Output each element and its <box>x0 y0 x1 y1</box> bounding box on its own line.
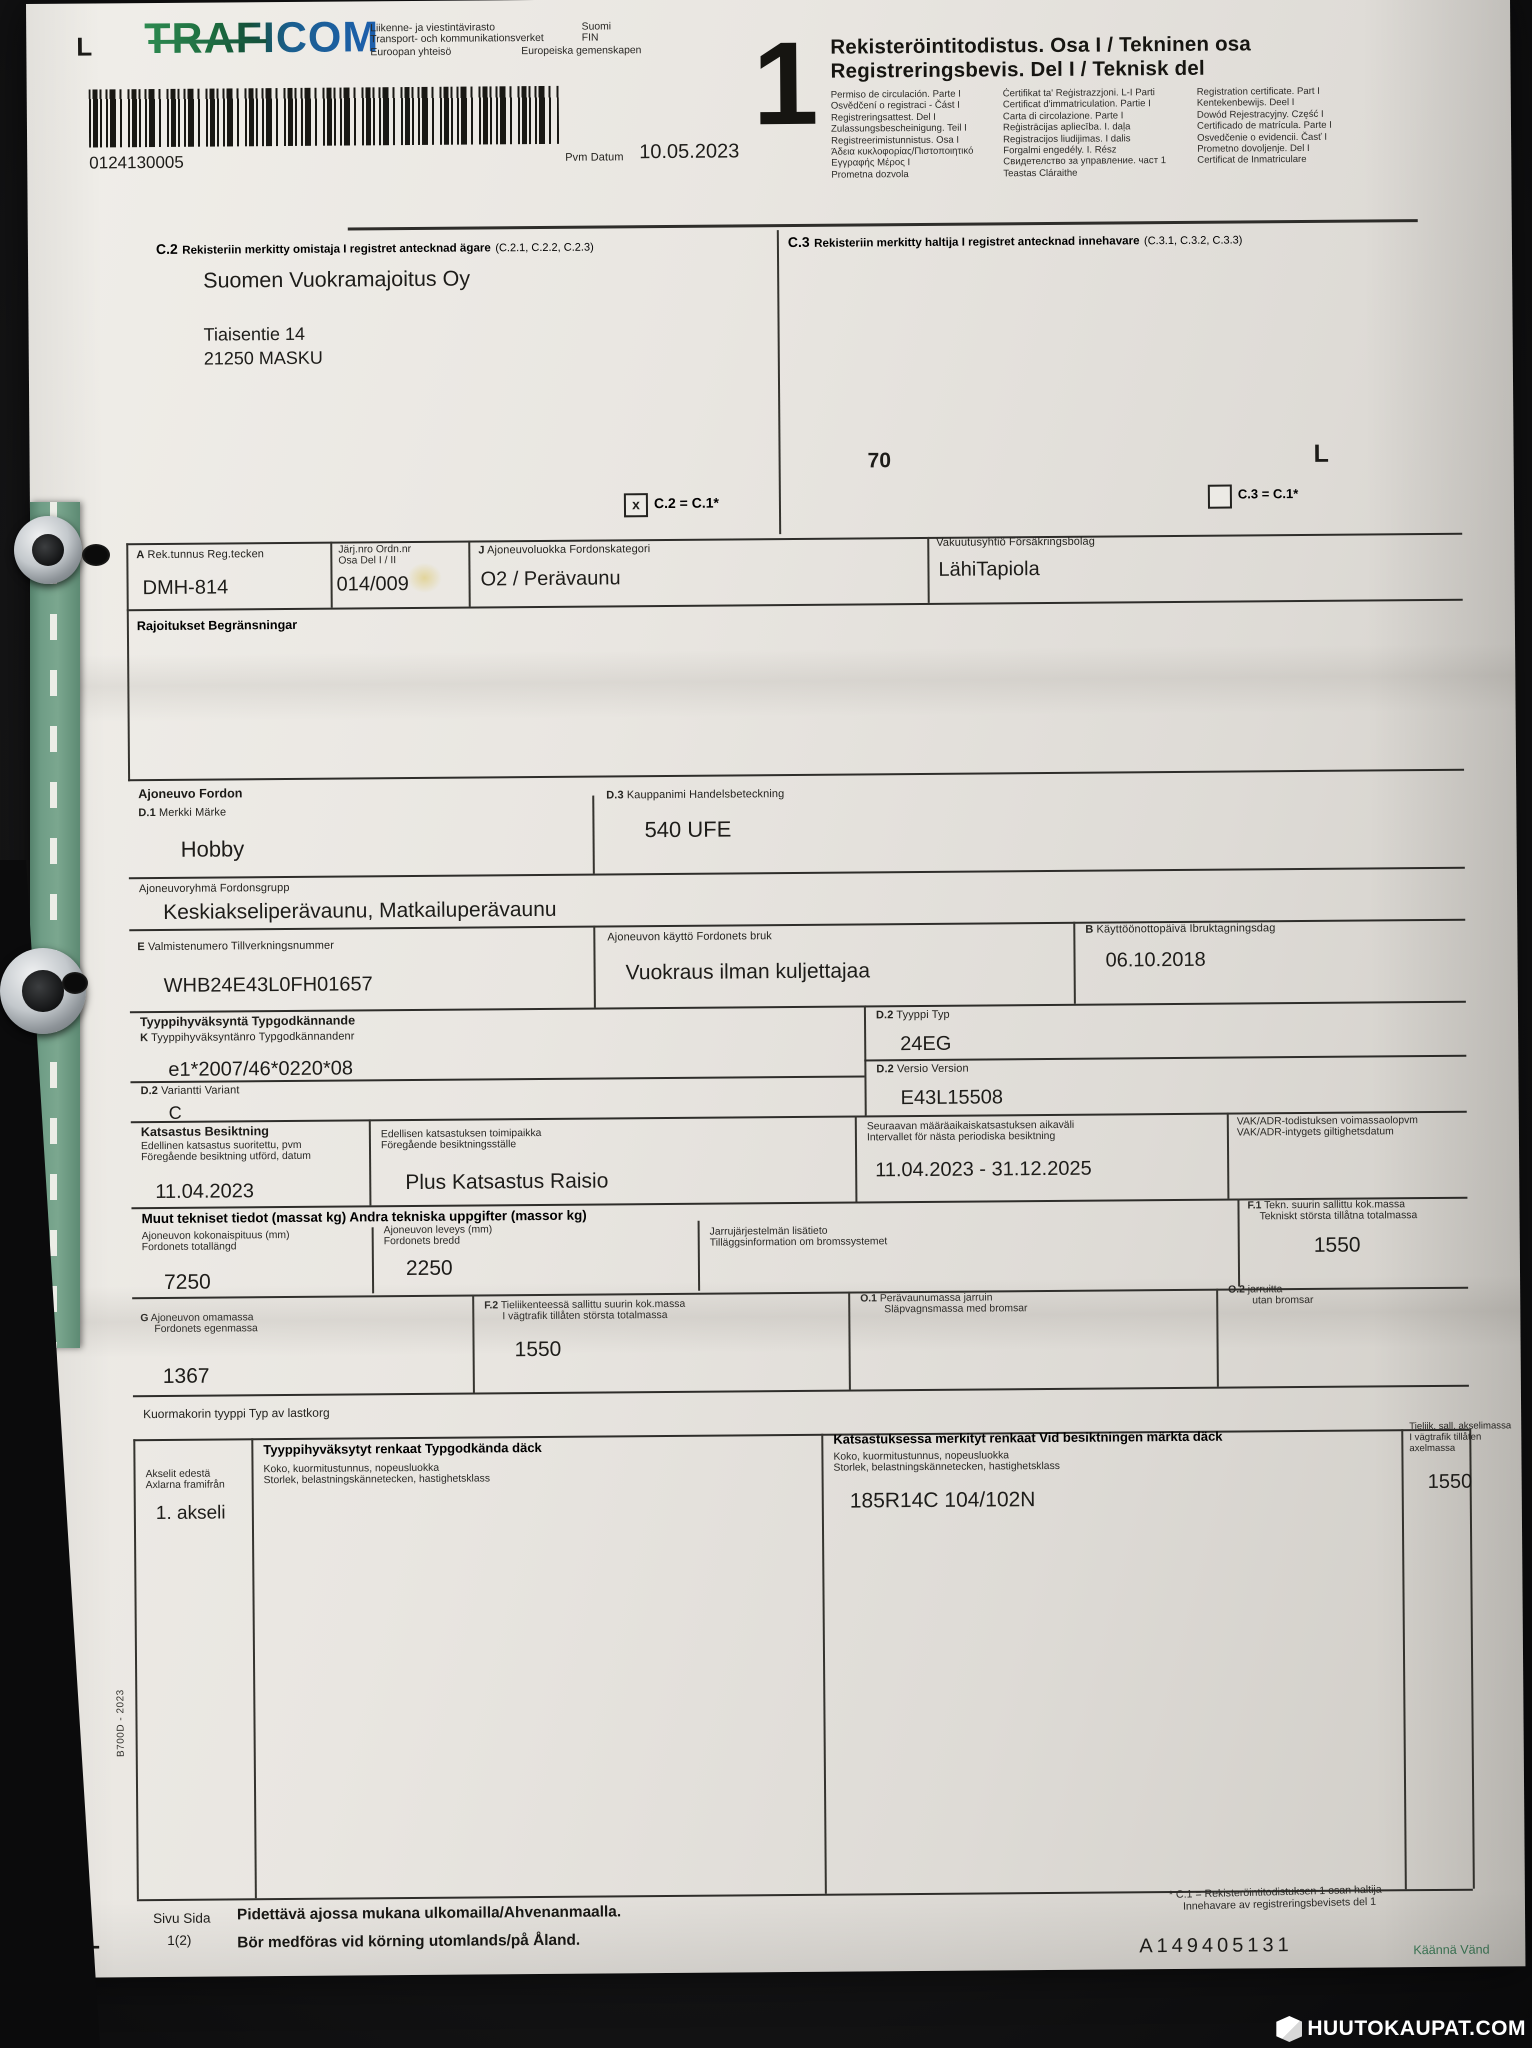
type-label-text: Tyyppi Typ <box>896 1009 949 1021</box>
curb-mass-label2: Fordonets egenmassa <box>154 1323 257 1335</box>
form-code: B700D - 2023 <box>115 1689 127 1757</box>
vehicle-group-value: Keskiakseliperävaunu, Matkailuperävaunu <box>163 898 557 925</box>
col-divider <box>468 541 471 607</box>
col-divider <box>1216 1289 1219 1387</box>
languages-column-1: Permiso de circulación. Parte IOsvědčení… <box>831 88 1018 181</box>
paper-stain <box>400 557 448 599</box>
huutokaupat-cube-icon <box>1276 2016 1302 2042</box>
type-code: D.2 <box>876 1009 894 1021</box>
inspected-tyres-value: 185R14C 104/102N <box>850 1488 1036 1513</box>
punch-hole-top <box>82 544 110 566</box>
languages-column-3: Registration certificate. Part IKenteken… <box>1197 85 1398 166</box>
serial-number: A149405131 <box>1139 1934 1293 1958</box>
variant-label: D.2 Variantti Variant <box>140 1084 239 1097</box>
c3-equals-checkbox <box>1208 485 1232 509</box>
reg-number-value: DMH-814 <box>143 576 229 600</box>
date-value: 10.05.2023 <box>639 140 739 164</box>
first-reg-label: B Käyttöönottopäivä Ibruktagningsdag <box>1085 922 1275 935</box>
reg-code: A <box>136 549 144 561</box>
huutokaupat-watermark: HUUTOKAUPAT.COM <box>1276 2016 1526 2042</box>
col-divider <box>1073 922 1076 1004</box>
col-divider <box>369 1119 372 1205</box>
vin-code: E <box>137 941 145 953</box>
model-code: D.3 <box>606 789 624 801</box>
type-approval-number-label: K Tyyppihyväksyntänro Typgodkännandenr <box>140 1030 354 1044</box>
eu-sv: Europeiska gemenskapen <box>521 45 641 57</box>
order-number-label1: Järj.nro Ordn.nr <box>338 544 411 556</box>
axle-mass-label1: Tieliik. sall. akselimassa <box>1409 1420 1511 1432</box>
curb-code: G <box>140 1313 148 1324</box>
o1-label1: Perävaunumassa jarruin <box>880 1292 993 1304</box>
type-approval-label-text: Tyyppihyväksyntänro Typgodkännandenr <box>151 1030 354 1044</box>
agency-block: Liikenne- ja viestintävirasto Transport-… <box>370 21 641 58</box>
tyre-table-right <box>1469 1429 1475 1889</box>
col-divider <box>592 796 595 874</box>
sub-border <box>864 1055 1466 1062</box>
last-inspection-value: 11.04.2023 <box>155 1180 254 1204</box>
col-divider <box>821 1434 827 1894</box>
row-border <box>133 1385 1469 1397</box>
version-label: D.2 Versio Version <box>876 1063 968 1076</box>
title-line-fi: Rekisteröintitodistus. Osa I / Tekninen … <box>830 32 1251 59</box>
col-divider <box>855 1116 858 1202</box>
country-fi: Suomi <box>582 21 612 32</box>
make-code: D.1 <box>138 807 156 819</box>
o2-label1: jarruitta <box>1248 1284 1283 1295</box>
part-number: 1 <box>752 36 814 133</box>
page-label: Sivu Sida <box>153 1911 211 1926</box>
inspected-tyres-title: Katsastuksessa merkityt renkaat Vid besi… <box>833 1429 1222 1447</box>
c2-header: C.2 Rekisteriin merkitty omistaja I regi… <box>156 238 594 259</box>
inspection-place-label2: Föregående besiktningsställe <box>381 1139 516 1151</box>
owner-street: Tiaisentie 14 <box>204 324 306 346</box>
punch-hole-bottom <box>62 972 88 994</box>
barcode-number: 0124130005 <box>89 153 184 174</box>
approved-tyres-sub2: Storlek, belastningskännetecken, hastigh… <box>264 1473 491 1486</box>
vehicle-class-value: O2 / Perävaunu <box>480 567 620 591</box>
col-divider <box>1237 1199 1240 1287</box>
width-label2: Fordonets bredd <box>384 1236 460 1248</box>
length-label2: Fordonets totallängd <box>142 1241 237 1253</box>
type-approval-number-value: e1*2007/46*0220*08 <box>168 1057 353 1081</box>
vin-label-text: Valmistenumero Tillverkningsnummer <box>148 940 334 953</box>
country-code: FIN <box>582 32 612 43</box>
o1-code: O.1 <box>860 1293 877 1304</box>
tyre-table-left <box>133 1439 139 1899</box>
adr-label2: VAK/ADR-intygets giltighetsdatum <box>1237 1126 1394 1138</box>
last-inspection-label2: Föregående besiktning utförd, datum <box>141 1151 311 1163</box>
col-divider <box>698 1221 701 1291</box>
c3-code: C.3 <box>788 234 810 250</box>
table-bottom-border <box>127 599 1463 611</box>
masses-section-label: Muut tekniset tiedot (massat kg) Andra t… <box>141 1208 586 1226</box>
variant-label-text: Variantti Variant <box>161 1084 239 1097</box>
first-reg-label-text: Käyttöönottopäivä Ibruktagningsdag <box>1096 922 1275 935</box>
c2-equals-label: C.2 = C.1* <box>654 495 719 512</box>
date-label: Pvm Datum <box>565 151 623 163</box>
vehicle-use-value: Vuokraus ilman kuljettajaa <box>626 959 871 985</box>
col-divider <box>593 926 596 1008</box>
f1-value: 1550 <box>1314 1234 1361 1258</box>
c2-equals-checkbox: x <box>624 493 648 517</box>
order-number-label2: Osa Del I / II <box>338 555 396 566</box>
reg-number-label: A Rek.tunnus Reg.tecken <box>136 548 264 561</box>
f1-label-line2: Tekniskt största tillåtna totalmassa <box>1260 1210 1418 1222</box>
col-divider <box>927 537 930 603</box>
make-value: Hobby <box>181 836 245 862</box>
agency-name-sv: Transport- och kommunikationsverket <box>370 33 544 45</box>
row-border <box>129 867 1465 879</box>
model-label: D.3 Kauppanimi Handelsbeteckning <box>606 788 784 801</box>
width-value: 2250 <box>406 1257 453 1281</box>
c3-text: Rekisteriin merkitty haltija I registret… <box>814 234 1139 250</box>
f2-label-line2: I vägtrafik tillåten största totalmassa <box>502 1310 667 1322</box>
brake-label2: Tilläggsinformation om bromssystemet <box>710 1236 888 1248</box>
corner-mark-top: L <box>76 31 92 62</box>
axle-label1: Akselit edestä <box>146 1469 211 1481</box>
keep-abroad-sv: Bör medföras vid körning utomlands/på Ål… <box>237 1932 580 1953</box>
col-divider <box>848 1292 851 1390</box>
row-border <box>130 1001 1466 1013</box>
vehicle-use-label: Ajoneuvon käyttö Fordonets bruk <box>607 930 772 943</box>
vehicle-section-label: Ajoneuvo Fordon <box>138 786 242 801</box>
approved-tyres-title: Tyyppihyväksytyt renkaat Typgodkända däc… <box>263 1440 542 1457</box>
vehicle-class-label: J Ajoneuvoluokka Fordonskategori <box>478 543 650 556</box>
order-number-value: 014/009 <box>336 573 408 597</box>
curb-mass-value: 1367 <box>163 1365 210 1389</box>
o2-label-line2: utan bromsar <box>1252 1295 1313 1306</box>
axle-label2: Axlarna framifrån <box>146 1479 225 1491</box>
owner-city: 21250 MASKU <box>204 348 323 370</box>
c3-equals-label: C.3 = C.1* <box>1238 486 1298 501</box>
vehicle-group-label: Ajoneuvoryhmä Fordonsgrupp <box>139 882 290 895</box>
axle-mass-label3: axelmassa <box>1409 1443 1455 1454</box>
section-border <box>128 769 1464 781</box>
table-left-border <box>126 543 130 781</box>
owner-holder-divider <box>777 230 781 534</box>
barcode <box>89 86 559 148</box>
type-approval-code: K <box>140 1032 148 1044</box>
make-label: D.1 Merkki Märke <box>138 806 226 819</box>
variant-code: D.2 <box>140 1085 158 1097</box>
header-divider <box>348 219 1418 230</box>
turn-over-label: Käännä Vänd <box>1413 1943 1489 1958</box>
version-label-text: Versio Version <box>897 1063 969 1076</box>
type-label: D.2 Tyyppi Typ <box>876 1009 950 1022</box>
code-70: 70 <box>868 449 892 473</box>
eu-fi: Euroopan yhteisö <box>370 47 451 59</box>
owner-name: Suomen Vuokramajoitus Oy <box>203 267 470 294</box>
traficom-logo-text: TRAFICOM <box>144 13 379 63</box>
model-label-text: Kauppanimi Handelsbeteckning <box>627 788 785 801</box>
document-sheet: L TRAFICOM Liikenne- ja viestintävirasto… <box>26 0 1525 1978</box>
next-inspection-label2: Intervallet för nästa periodiska besiktn… <box>867 1131 1055 1143</box>
inspection-section-label: Katsastus Besiktning <box>141 1124 269 1139</box>
reg-label-text: Rek.tunnus Reg.tecken <box>147 548 264 561</box>
o2-code: O.2 <box>1228 1284 1245 1295</box>
restrictions-label: Rajoitukset Begränsningar <box>137 618 297 633</box>
c3-refs: (C.3.1, C.3.2, C.3.3) <box>1144 234 1243 247</box>
keep-abroad-fi: Pidettävä ajossa mukana ulkomailla/Ahven… <box>237 1903 621 1924</box>
inspection-place-label1: Edellisen katsastuksen toimipaikka <box>381 1128 542 1140</box>
make-label-text: Merkki Märke <box>159 806 226 819</box>
col-divider <box>472 1295 475 1393</box>
col-divider <box>251 1438 257 1898</box>
col-divider <box>1401 1429 1407 1889</box>
first-reg-code: B <box>1085 924 1093 936</box>
o1-label-line2: Släpvagnsmassa med bromsar <box>884 1303 1027 1315</box>
c2-code: C.2 <box>156 241 178 257</box>
vin-value: WHB24E43L0FH01657 <box>164 973 373 998</box>
class-label-text: Ajoneuvoluokka Fordonskategori <box>487 543 650 556</box>
tyre-table-top <box>133 1429 1469 1441</box>
col-divider <box>330 542 333 608</box>
type-value: 24EG <box>900 1033 951 1056</box>
f1-code: F.1 <box>1247 1200 1261 1211</box>
version-code: D.2 <box>876 1063 894 1075</box>
binder-ring-top <box>14 516 82 584</box>
curb-mass-label1: G Ajoneuvon omamassa <box>140 1312 253 1324</box>
page-value: 1(2) <box>167 1933 191 1948</box>
col-divider <box>372 1227 375 1293</box>
f2-value: 1550 <box>514 1338 561 1362</box>
f2-code: F.2 <box>484 1300 498 1311</box>
title-line-sv: Registreringsbevis. Del I / Teknisk del <box>830 56 1251 83</box>
o2-label-line1: O.2 jarruitta <box>1228 1284 1282 1295</box>
length-label1: Ajoneuvon kokonaispituus (mm) <box>142 1230 290 1242</box>
title-block: Rekisteröintitodistus. Osa I / Tekninen … <box>830 32 1251 83</box>
languages-column-2: Ċertifikat ta' Reġistrazzjoni. L-I Parti… <box>1003 87 1190 180</box>
body-type-label: Kuormakorin tyyppi Typ av lastkorg <box>143 1406 330 1421</box>
type-approval-section-label: Tyyppihyväksyntä Typgodkännande <box>140 1013 355 1029</box>
axle-mass-value: 1550 <box>1428 1471 1473 1494</box>
axle-mass-label2: I vägtrafik tillåten <box>1409 1432 1481 1444</box>
insurer-value: LähiTapiola <box>938 558 1039 582</box>
length-value: 7250 <box>164 1271 211 1295</box>
inspection-place-value: Plus Katsastus Raisio <box>405 1169 608 1195</box>
first-reg-value: 06.10.2018 <box>1105 949 1205 973</box>
next-inspection-value: 11.04.2023 - 31.12.2025 <box>875 1158 1092 1183</box>
curb-label1: Ajoneuvon omamassa <box>151 1312 254 1324</box>
col-divider <box>1227 1113 1230 1199</box>
code-L: L <box>1313 440 1329 469</box>
table-top-border <box>126 533 1462 545</box>
c2-text: Rekisteriin merkitty omistaja I registre… <box>182 241 491 256</box>
width-label1: Ajoneuvon leveys (mm) <box>384 1224 493 1236</box>
vin-label: E Valmistenumero Tillverkningsnummer <box>137 940 334 954</box>
traficom-logo: TRAFICOM <box>144 13 379 64</box>
class-code: J <box>478 544 484 556</box>
axle-value: 1. akseli <box>156 1502 226 1525</box>
insurer-label: Vakuutusyhtiö Försäkringsbolag <box>936 536 1095 549</box>
c2-refs: (C.2.1, C.2.2, C.2.3) <box>495 242 594 255</box>
version-value: E43L15508 <box>901 1086 1004 1110</box>
photo-of-registration-certificate: { "colors":{"logo_green":"#2d8a50","logo… <box>0 0 1532 2048</box>
c3-header: C.3 Rekisteriin merkitty haltija I regis… <box>788 230 1243 252</box>
inspected-tyres-sub2: Storlek, belastningskännetecken, hastigh… <box>833 1461 1060 1474</box>
huutokaupat-site-text: HUUTOKAUPAT.COM <box>1307 2017 1526 2041</box>
model-value: 540 UFE <box>644 816 731 843</box>
